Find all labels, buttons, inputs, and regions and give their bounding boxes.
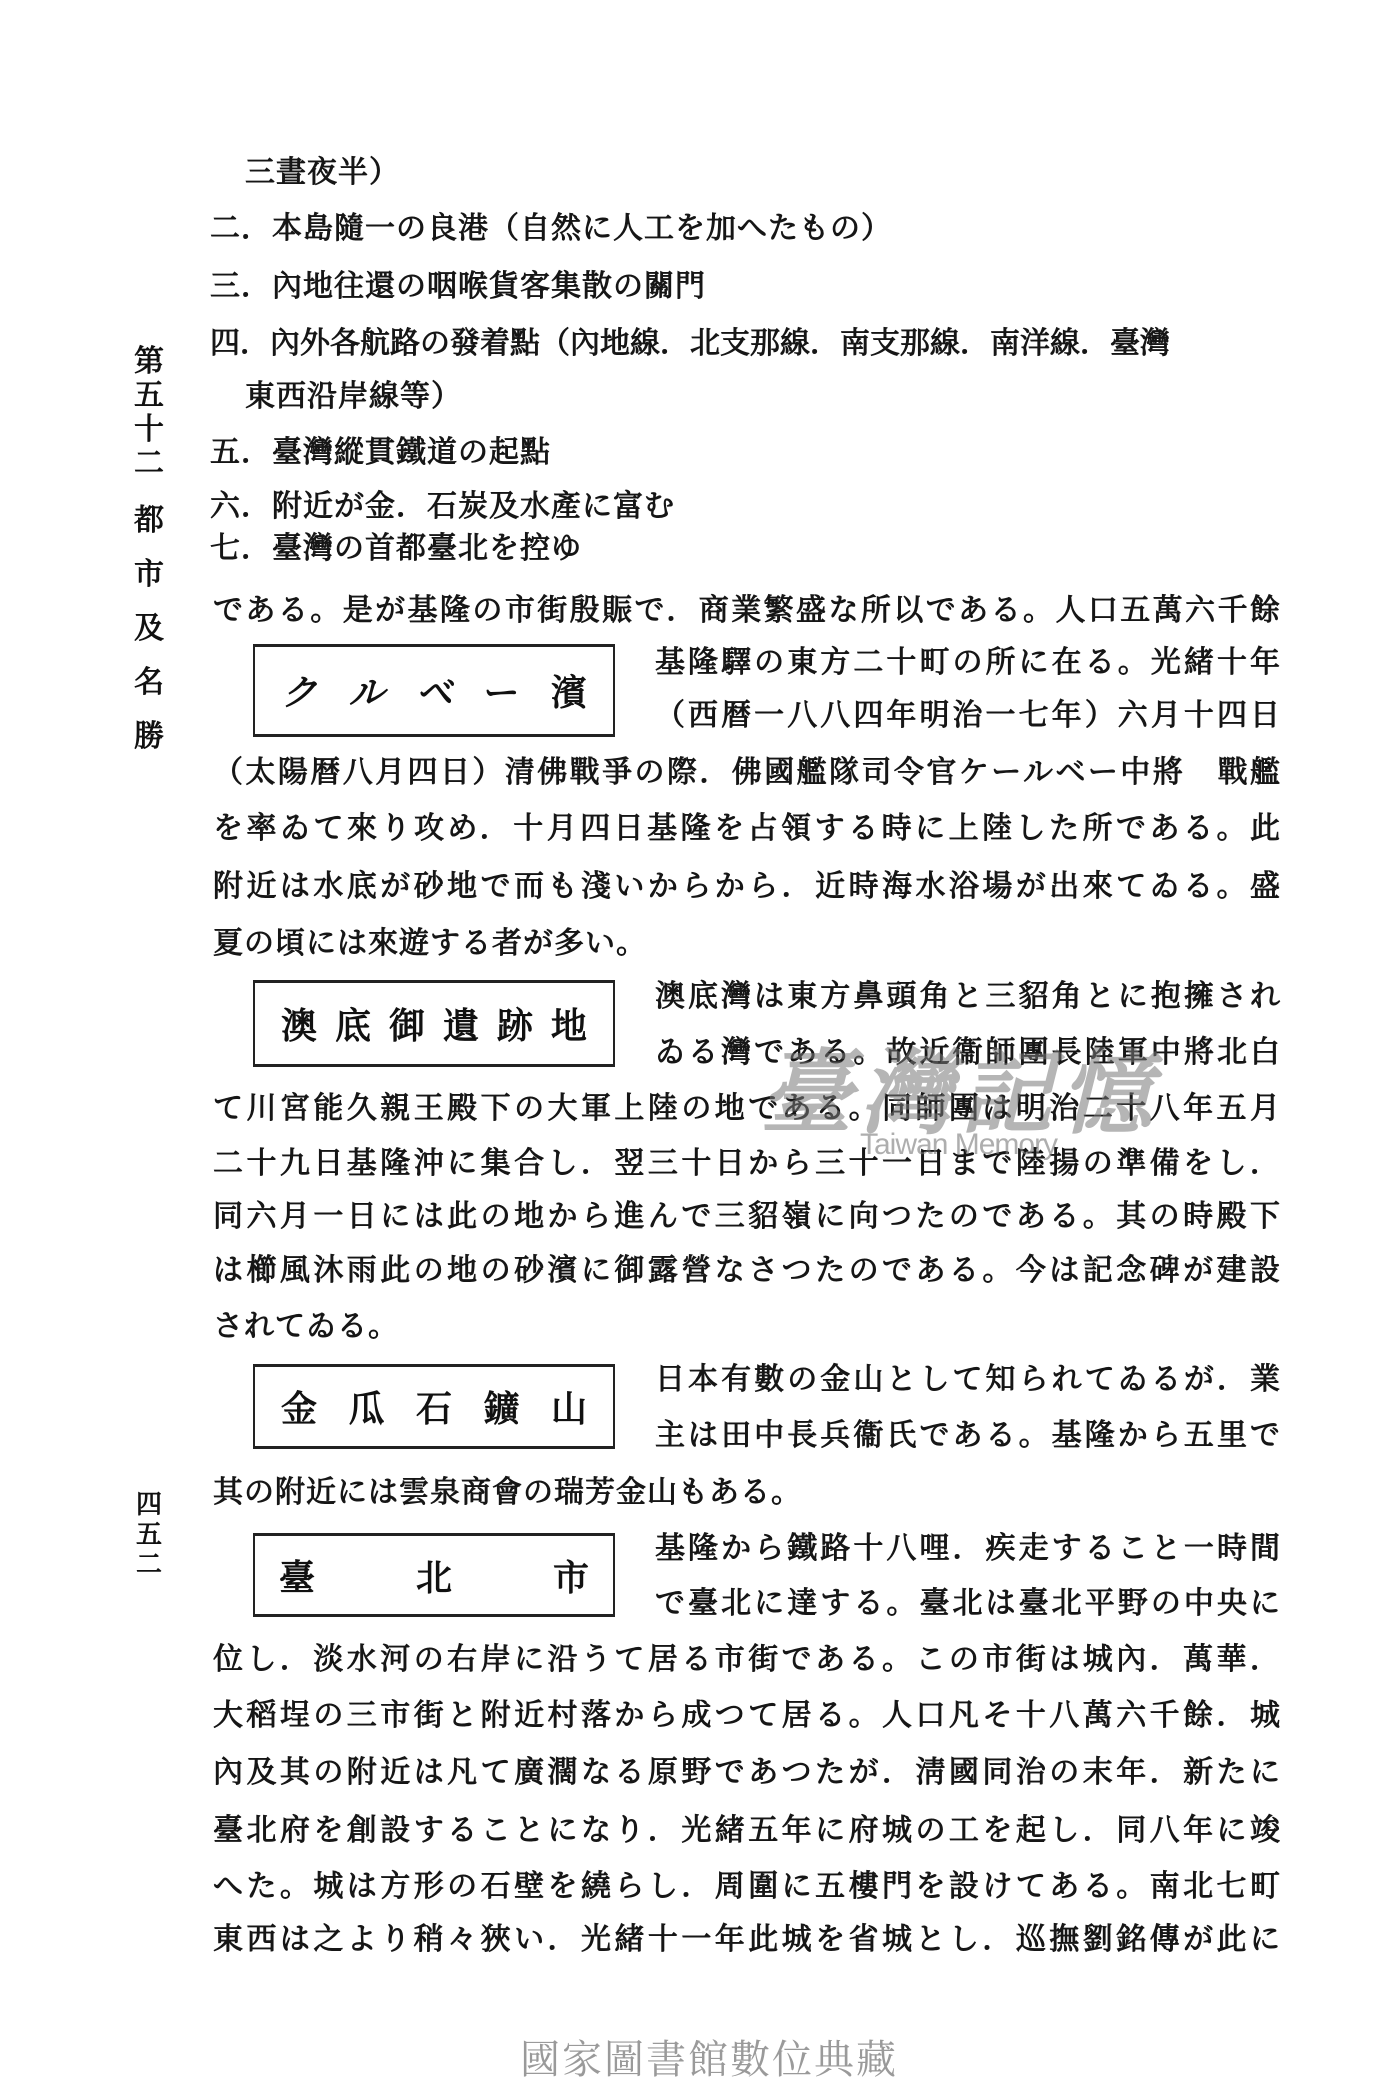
section-heading-box: 金 瓜 石 鑛 山 (253, 1364, 615, 1449)
list-item-continuation: 東西沿岸線等） (245, 377, 462, 417)
heading-char: 遺 (443, 998, 479, 1049)
page-number: 四 五 二 (132, 1490, 166, 1580)
chapter-char: 十 (132, 413, 166, 447)
page-number-char: 四 (132, 1490, 166, 1520)
paragraph-line: は櫛風沐雨此の地の砂濱に御露營なさつたのである。今は記念碑が建設 (213, 1251, 1281, 1291)
heading-char: ベ (416, 665, 452, 716)
paragraph-line: 澳底灣は東方鼻頭角と三貂角とに抱擁され (655, 977, 1281, 1017)
heading-char: 瓜 (348, 1381, 384, 1432)
section-heading-box: 澳 底 御 遺 跡 地 (253, 980, 615, 1067)
heading-char: 金 (281, 1381, 317, 1432)
paragraph-line: （太陽暦八月四日）清佛戰爭の際．佛國艦隊司令官ケールベー中將 戰艦 (213, 753, 1281, 793)
paragraph-line: ゐる灣である。故近衞師團長陸軍中將北白 (655, 1033, 1281, 1073)
chapter-char: 二 (132, 447, 166, 481)
heading-char: 地 (551, 998, 587, 1049)
paragraph-line: 基隆から鐵路十八哩．疾走すること一時間 (655, 1529, 1281, 1569)
list-item: 七．臺灣の首都臺北を控ゆ (210, 529, 582, 569)
paragraph-line: で臺北に達する。臺北は臺北平野の中央に (655, 1584, 1281, 1624)
heading-char: 山 (551, 1381, 587, 1432)
heading-char: 石 (416, 1381, 452, 1432)
list-item: 四．內外各航路の發着點（內地線．北支那線．南支那線．南洋線．臺灣 (210, 324, 1170, 364)
paragraph-line: 位し．淡水河の右岸に沿うて居る市街である。この市街は城內．萬華． (213, 1640, 1281, 1680)
paragraph-line: 日本有數の金山として知られてゐるが．業 (655, 1360, 1281, 1400)
section-heading-box: 臺 北 市 (253, 1533, 615, 1617)
list-item: 五．臺灣縱貫鐵道の起點 (210, 433, 551, 473)
list-continuation: 三晝夜半） (245, 153, 400, 193)
paragraph-line: 同六月一日には此の地から進んで三貂嶺に向つたのである。其の時殿下 (213, 1197, 1281, 1237)
heading-char: ー (483, 665, 519, 716)
paragraph-line: （西暦一八八四年明治一七年）六月十四日 (655, 696, 1281, 736)
chapter-char: 第 (132, 345, 166, 379)
chapter-char: 五 (132, 379, 166, 413)
paragraph-line: 大稻埕の三市街と附近村落から成つて居る。人口凡そ十八萬六千餘．城 (213, 1696, 1281, 1736)
section-heading-box: ク ル ベ ー 濱 (253, 644, 615, 737)
section-label: 都 市 及 名 勝 (132, 494, 166, 764)
section-char: 勝 (132, 710, 166, 764)
paragraph-line: 東西は之より稍々狹い．光緒十一年此城を省城とし．巡撫劉銘傳が此に (213, 1920, 1281, 1960)
paragraph-line: されてゐる。 (213, 1307, 399, 1347)
list-item: 二．本島隨一の良港（自然に人工を加へたもの） (210, 209, 892, 249)
paragraph-line: へた。城は方形の石壁を繞らし．周圍に五樓門を設けてある。南北七町 (213, 1867, 1281, 1907)
heading-char: ク (281, 665, 317, 716)
paragraph-line: 主は田中長兵衞氏である。基隆から五里で (655, 1416, 1281, 1456)
list-item: 三．內地往還の咽喉貨客集散の關門 (210, 267, 706, 307)
section-char: 市 (132, 548, 166, 602)
paragraph-line: 臺北府を創設することになり．光緒五年に府城の工を起し．同八年に竣 (213, 1811, 1281, 1851)
page-number-char: 五 (132, 1520, 166, 1550)
list-closing: である。是が基隆の市街殷賑で．商業繁盛な所以である。人口五萬六千餘 (213, 591, 1281, 631)
section-char: 名 (132, 656, 166, 710)
paragraph-line: 二十九日基隆沖に集合し．翌三十日から三十一日まで陸揚の準備をし． (213, 1144, 1281, 1184)
list-item: 六．附近が金．石炭及水產に富む (210, 487, 675, 527)
page-number-char: 二 (132, 1550, 166, 1580)
heading-char: 濱 (551, 665, 587, 716)
heading-char: 市 (553, 1550, 589, 1601)
heading-char: 跡 (497, 998, 533, 1049)
paragraph-line: 夏の頃には來遊する者が多い。 (213, 924, 647, 964)
heading-char: 御 (389, 998, 425, 1049)
paragraph-line: 內及其の附近は凡て廣濶なる原野であつたが．淸國同治の末年．新たに (213, 1753, 1281, 1793)
heading-char: 澳 (281, 998, 317, 1049)
heading-char: 鑛 (483, 1381, 519, 1432)
library-footer: 國家圖書館數位典藏 (520, 2028, 898, 2085)
section-char: 都 (132, 494, 166, 548)
heading-char: ル (348, 665, 384, 716)
chapter-label: 第 五 十 二 (132, 345, 166, 481)
paragraph-line: 基隆驛の東方二十町の所に在る。光緒十年 (655, 643, 1281, 683)
heading-char: 底 (335, 998, 371, 1049)
paragraph-line: を率ゐて來り攻め．十月四日基隆を占領する時に上陸した所である。此 (213, 809, 1281, 849)
paragraph-line: 附近は水底が砂地で而も淺いからから．近時海水浴場が出來てゐる。盛 (213, 867, 1281, 907)
heading-char: 臺 (279, 1550, 315, 1601)
section-char: 及 (132, 602, 166, 656)
heading-char: 北 (416, 1550, 452, 1601)
paragraph-line: て川宮能久親王殿下の大軍上陸の地である。同師團は明治二十八年五月 (213, 1089, 1281, 1129)
paragraph-line: 其の附近には雲泉商會の瑞芳金山もある。 (213, 1473, 802, 1513)
